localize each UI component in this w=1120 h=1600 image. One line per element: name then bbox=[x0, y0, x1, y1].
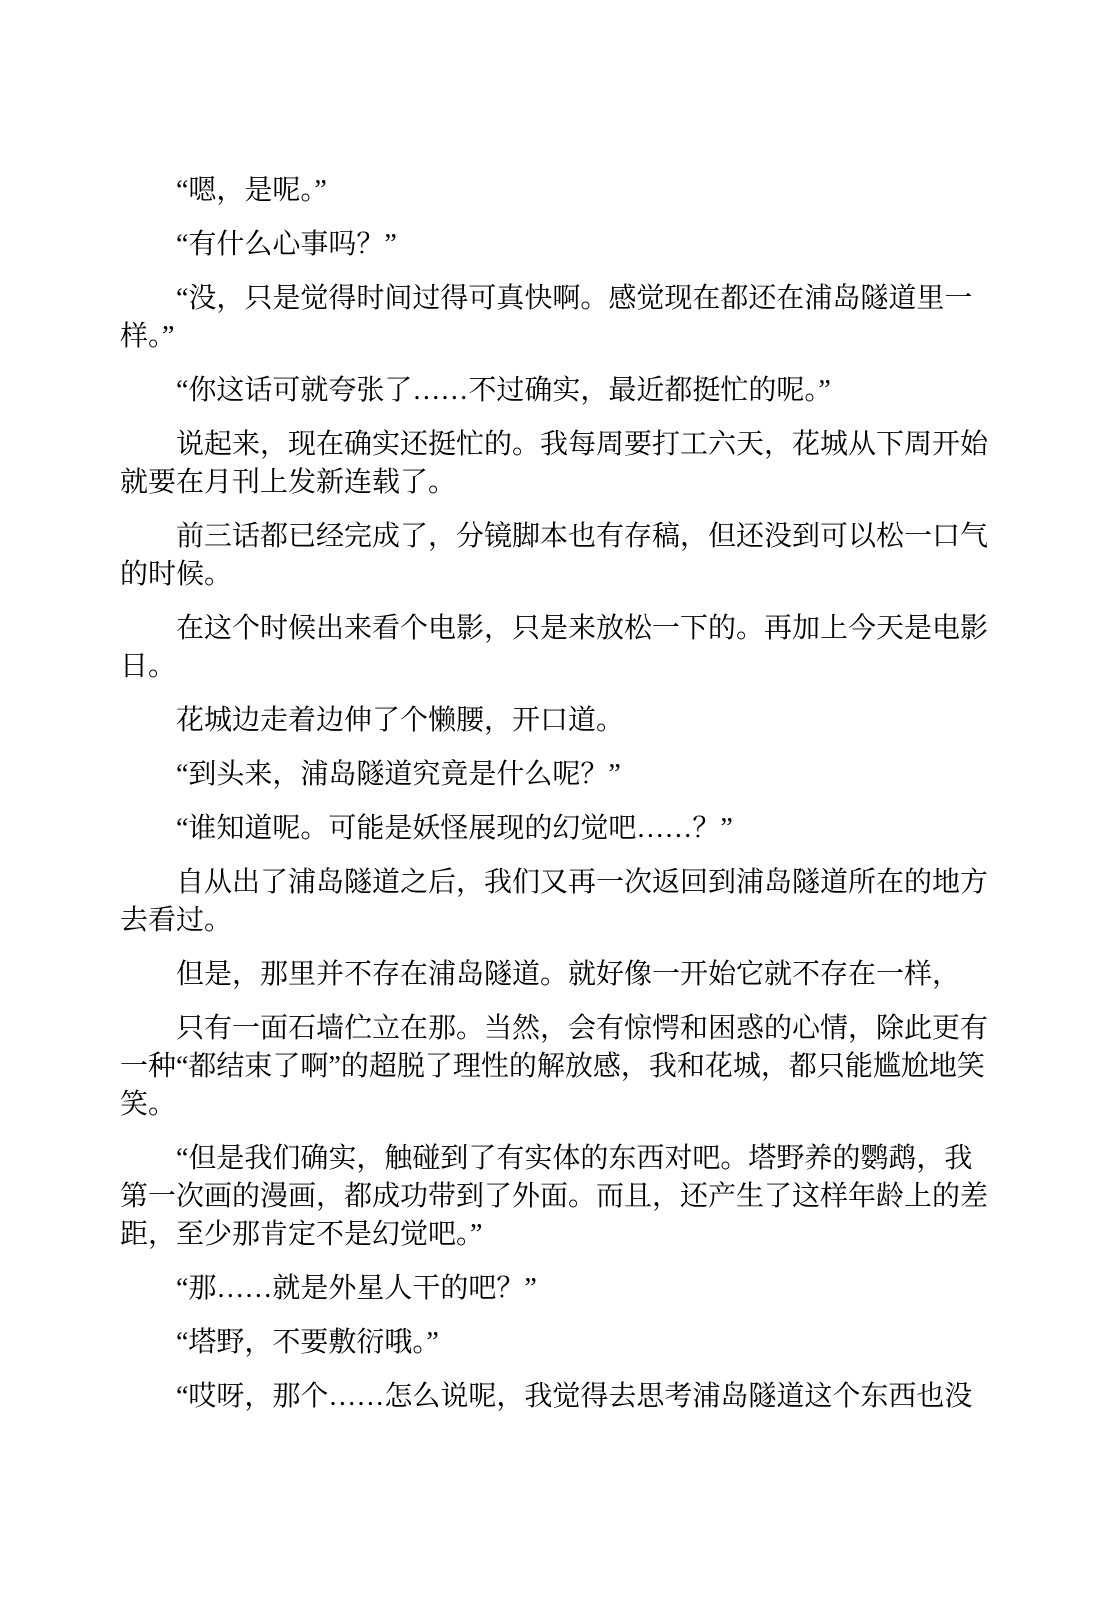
paragraph: 但是，那里并不存在浦岛隧道。就好像一开始它就不存在一样， bbox=[120, 956, 1000, 994]
paragraph: “但是我们确实，触碰到了有实体的东西对吧。塔野养的鹦鹉，我第一次画的漫画，都成功… bbox=[120, 1140, 1000, 1254]
book-page: “嗯，是呢。” “有什么心事吗？” “没，只是觉得时间过得可真快啊。感觉现在都还… bbox=[0, 0, 1120, 1600]
paragraph: 在这个时候出来看个电影，只是来放松一下的。再加上今天是电影日。 bbox=[120, 610, 1000, 686]
paragraph: “谁知道呢。可能是妖怪展现的幻觉吧……？” bbox=[120, 810, 1000, 848]
paragraph: 自从出了浦岛隧道之后，我们又再一次返回到浦岛隧道所在的地方去看过。 bbox=[120, 864, 1000, 940]
paragraph: 花城边走着边伸了个懒腰，开口道。 bbox=[120, 702, 1000, 740]
paragraph: 只有一面石墙伫立在那。当然，会有惊愕和困惑的心情，除此更有一种“都结束了啊”的超… bbox=[120, 1010, 1000, 1124]
paragraph: 说起来，现在确实还挺忙的。我每周要打工六天，花城从下周开始就要在月刊上发新连载了… bbox=[120, 426, 1000, 502]
paragraph: “那……就是外星人干的吧？” bbox=[120, 1270, 1000, 1308]
paragraph: “你这话可就夸张了……不过确实，最近都挺忙的呢。” bbox=[120, 372, 1000, 410]
paragraph: “嗯，是呢。” bbox=[120, 172, 1000, 210]
paragraph: “塔野，不要敷衍哦。” bbox=[120, 1324, 1000, 1362]
paragraph: 前三话都已经完成了，分镜脚本也有存稿，但还没到可以松一口气的时候。 bbox=[120, 518, 1000, 594]
paragraph: “到头来，浦岛隧道究竟是什么呢？” bbox=[120, 756, 1000, 794]
paragraph: “有什么心事吗？” bbox=[120, 226, 1000, 264]
paragraph: “没，只是觉得时间过得可真快啊。感觉现在都还在浦岛隧道里一样。” bbox=[120, 280, 1000, 356]
paragraph: “哎呀，那个……怎么说呢，我觉得去思考浦岛隧道这个东西也没 bbox=[120, 1378, 1000, 1416]
